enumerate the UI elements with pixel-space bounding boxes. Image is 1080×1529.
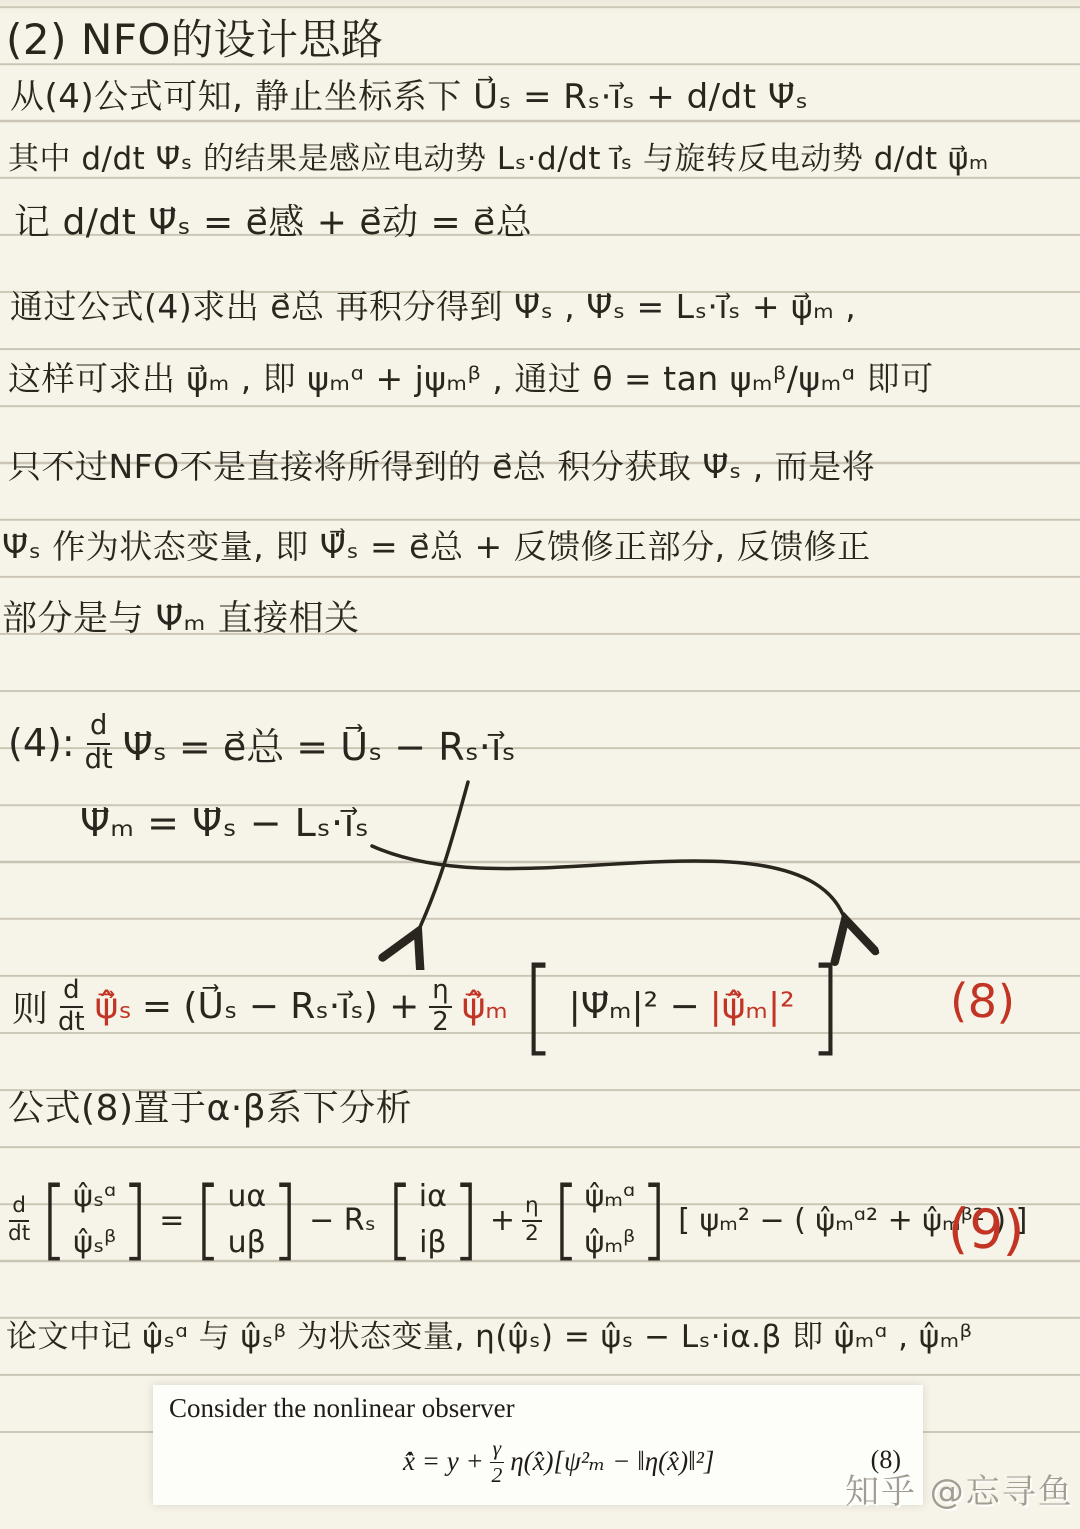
equation-4-body: Ψ⃗ₛ = e⃗总 = U⃗ₛ − Rₛ·i⃗ₛ [123,716,516,771]
open-bracket: [ [552,1183,579,1257]
current-alpha: iα [419,1182,447,1212]
note-line-related: 部分是与 Ψ⃗ₘ 直接相关 [2,598,360,642]
voltage-alpha: uα [227,1182,266,1212]
paper-excerpt-intro: Consider the nonlinear observer [169,1393,515,1424]
watermark: 知乎 @忘寻鱼 [845,1464,1074,1513]
equation-8-number: (8) [949,973,1016,1029]
annotation-arrows [300,770,900,970]
psi-m-hat-estimate: ψ̂⃗ₘ [462,986,508,1027]
paper-excerpt-formula: x̂̇ = y + γ2 η(x̂)[ψ²ₘ − ‖η(x̂)‖²] [403,1437,714,1486]
minus-rs-term: − Rₛ [309,1203,376,1238]
note-line-integrate: 通过公式(4)求出 e⃗总 再积分得到 Ψ⃗ₛ , Ψ⃗ₛ = Lₛ·i⃗ₛ +… [10,286,856,327]
equation-8-term1: = (U⃗ₛ − Rₛ·i⃗ₛ) + [142,986,419,1027]
state-vector: [ ψ̂ₛᵅψ̂ₛᵝ ] [37,1182,152,1258]
note-title: (2) NFO的设计思路 [6,14,383,67]
note-line-emf: 其中 d/dt Ψ⃗ₛ 的结果是感应电动势 Lₛ·d/dt i⃗ₛ 与旋转反电动… [8,140,989,179]
note-line-note-e: 记 d/dt Ψ⃗ₛ = e⃗感 + e⃗动 = e⃗总 [14,200,532,245]
note-line-theta: 这样可求出 ψ⃗ₘ , 即 ψₘᵅ + jψₘᵝ , 通过 θ = tan ψₘ… [8,358,934,399]
arrow-to-right-term [372,846,847,926]
note-line-nfo-not-direct: 只不过NFO不是直接将所得到的 e⃗总 积分获取 Ψ⃗ₛ , 而是将 [8,446,875,487]
flux-estimate-beta: ψ̂ₘᵝ [585,1228,636,1258]
equation-9: ddt [ ψ̂ₛᵅψ̂ₛᵝ ] = [ uαuβ ] − Rₛ [ iαiβ … [8,1182,1027,1258]
note-line-paper-notation: 论文中记 ψ̂ₛᵅ 与 ψ̂ₛᵝ 为状态变量, η(ψ̂ₛ) = ψ̂ₛ − L… [6,1318,973,1357]
ddt-fraction: ddt [8,1195,30,1245]
ddt-fraction: ddt [58,977,85,1036]
close-bracket: ] [122,1183,149,1257]
open-bracket: [ [195,1183,222,1257]
equation-8-term2: |Ψ⃗ₘ|² − [569,986,700,1027]
observer-formula-rhs: η(x̂)[ψ²ₘ − ‖η(x̂)‖²] [510,1446,714,1477]
gamma-over-2-fraction: γ2 [490,1437,505,1486]
state-vector-alpha: ψ̂ₛᵅ [73,1182,116,1212]
note-line-alphabeta: 公式(8)置于α·β系下分析 [8,1086,412,1131]
equation-9-number: (9) [947,1197,1026,1263]
open-bracket: [ [386,1183,413,1257]
close-bracket: ] [641,1183,668,1257]
plus-sign: + [490,1203,515,1238]
ddt-fraction: ddt [85,712,113,774]
equation-8: 则 ddt ψ̂⃗ₛ = (U⃗ₛ − Rₛ·i⃗ₛ) + η2 ψ̂⃗ₘ [ … [12,962,845,1051]
close-bracket: ] [809,962,842,1051]
close-bracket: ] [452,1183,479,1257]
equation-4-lead: (4): [8,721,75,765]
note-line-from-eq4: 从(4)公式可知, 静止坐标系下 U⃗ₛ = Rₛ·i⃗ₛ + d/dt Ψ⃗ₛ [10,76,808,119]
flux-estimate-alpha: ψ̂ₘᵅ [585,1182,636,1212]
observer-formula-lhs: x̂̇ = y + [403,1446,484,1477]
open-bracket: [ [522,962,555,1051]
equation-8-lead: 则 [12,981,48,1032]
voltage-vector: [ uαuβ ] [191,1182,302,1258]
note-line-state-var: Ψ⃗ₛ 作为状态变量, 即 Ψ̇⃗ₛ = e⃗总 + 反馈修正部分, 反馈修正 [2,526,871,567]
equation-4: (4): ddt Ψ⃗ₛ = e⃗总 = U⃗ₛ − Rₛ·i⃗ₛ [8,712,516,774]
psi-s-hat-estimate: ψ̂⃗ₛ [95,986,132,1027]
notebook-page: (2) NFO的设计思路 从(4)公式可知, 静止坐标系下 U⃗ₛ = Rₛ·i… [0,0,1080,1529]
eta-over-2-fraction: η2 [522,1195,542,1245]
state-vector-beta: ψ̂ₛᵝ [73,1228,116,1258]
equals-sign: = [159,1203,184,1238]
equation-8-term3: |ψ̂⃗ₘ|² [710,986,795,1027]
paper-excerpt-box: Consider the nonlinear observer x̂̇ = y … [153,1385,923,1505]
close-bracket: ] [272,1183,299,1257]
flux-estimate-vector: [ ψ̂ₘᵅψ̂ₘᵝ ] [549,1182,672,1258]
current-beta: iβ [419,1228,446,1258]
voltage-beta: uβ [228,1228,266,1258]
eta-over-2-fraction: η2 [429,977,451,1036]
open-bracket: [ [41,1183,68,1257]
current-vector: [ iαiβ ] [383,1182,483,1258]
